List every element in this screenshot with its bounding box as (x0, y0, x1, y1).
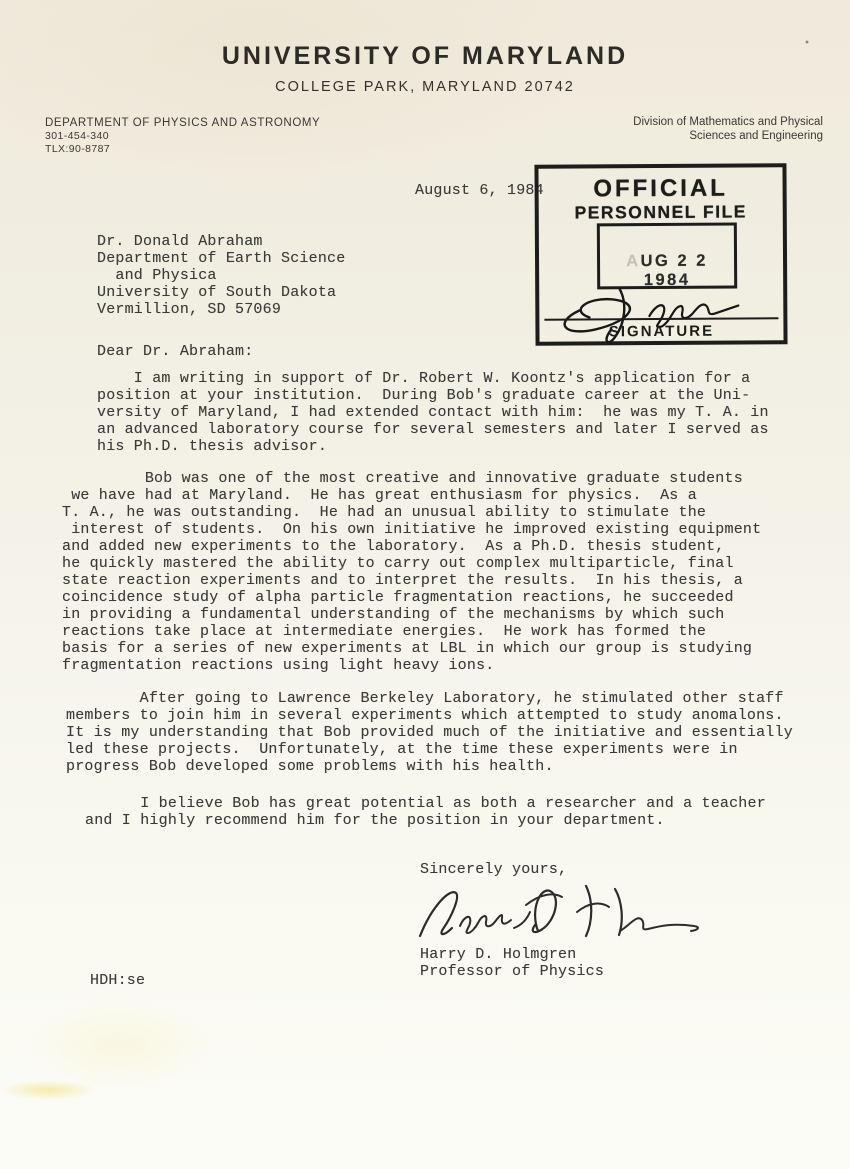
closing-phrase: Sincerely yours, (420, 861, 567, 878)
stamp-subtitle: PERSONNEL FILE (539, 201, 783, 223)
stamp-signature-label: SIGNATURE (539, 322, 783, 340)
body-paragraph-3: After going to Lawrence Berkeley Laborat… (66, 690, 793, 775)
reference-initials: HDH:se (90, 972, 145, 989)
holmgren-signature (414, 878, 699, 950)
signer-name: Harry D. Holmgren (420, 946, 576, 963)
body-paragraph-2: Bob was one of the most creative and inn… (62, 470, 761, 674)
university-name: UNIVERSITY OF MARYLAND (0, 42, 850, 71)
department-phone: 301-454-340 (45, 130, 320, 143)
division-line1: Division of Mathematics and Physical (633, 115, 823, 129)
department-name: DEPARTMENT OF PHYSICS AND ASTRONOMY (45, 117, 320, 130)
department-block: DEPARTMENT OF PHYSICS AND ASTRONOMY 301-… (45, 117, 320, 156)
signer-title: Professor of Physics (420, 963, 604, 980)
university-address: COLLEGE PARK, MARYLAND 20742 (0, 79, 850, 95)
stamp-date-box: AUG 2 2 1984 (597, 223, 737, 290)
personnel-file-stamp: OFFICIAL PERSONNEL FILE AUG 2 2 1984 SIG… (534, 163, 787, 346)
recipient-address: Dr. Donald Abraham Department of Earth S… (97, 233, 345, 318)
letter-date: August 6, 1984 (415, 182, 544, 199)
scanned-letter-page: UNIVERSITY OF MARYLAND COLLEGE PARK, MAR… (0, 0, 850, 1169)
division-block: Division of Mathematics and Physical Sci… (633, 115, 823, 143)
body-paragraph-4: I believe Bob has great potential as bot… (85, 795, 766, 829)
division-line2: Sciences and Engineering (633, 129, 823, 143)
stamp-title: OFFICIAL (539, 174, 783, 203)
body-paragraph-1: I am writing in support of Dr. Robert W.… (97, 370, 769, 455)
salutation: Dear Dr. Abraham: (97, 343, 253, 360)
department-telex: TLX:90-8787 (45, 143, 320, 156)
